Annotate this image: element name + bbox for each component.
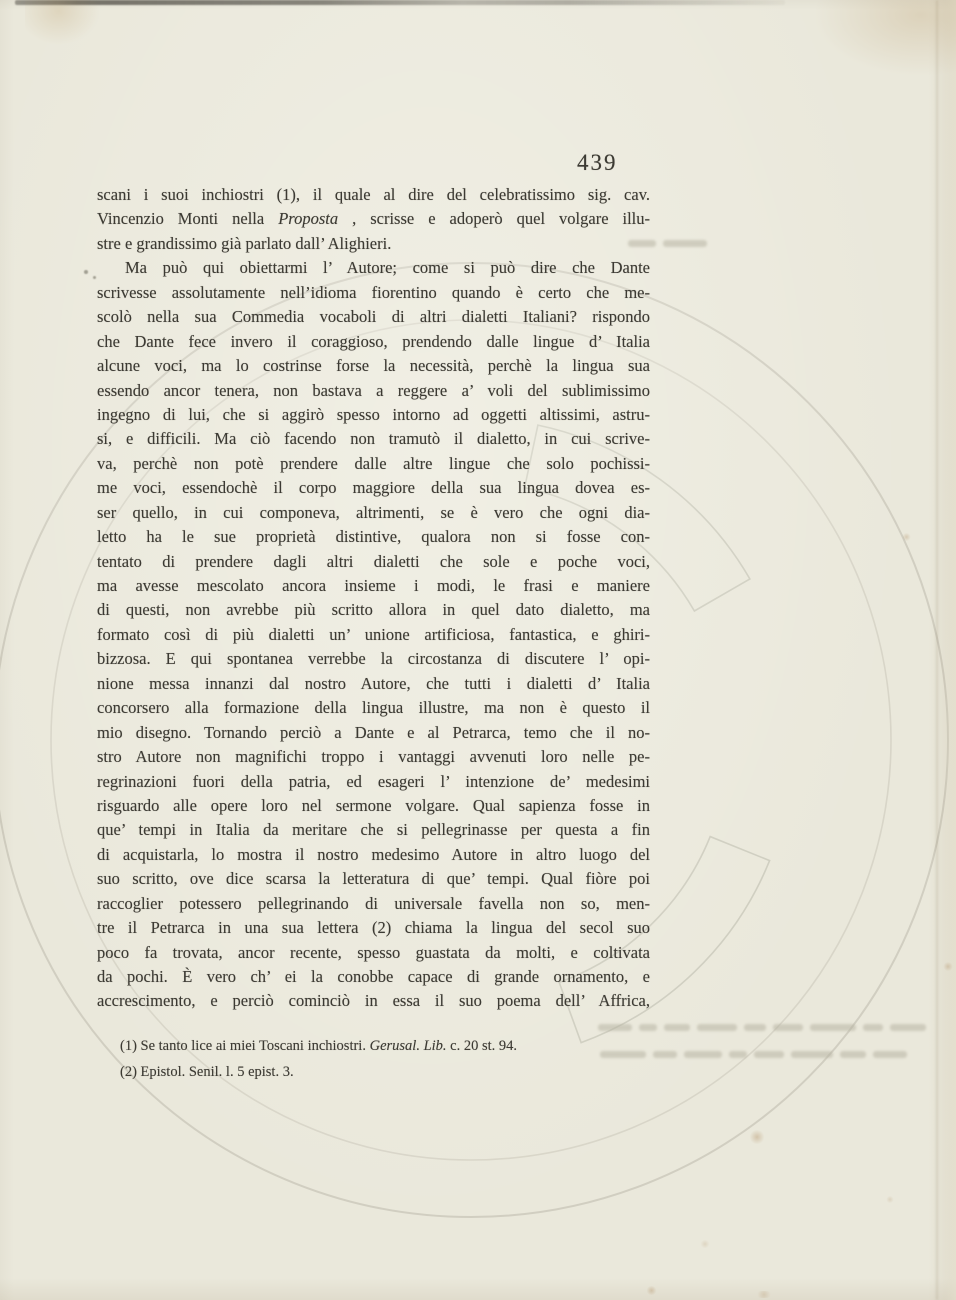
text-line: suo scritto, ove dice scarsa la letterat…	[97, 867, 650, 891]
text-line: risguardo alle opere loro nel sermone vo…	[97, 794, 650, 818]
foxing-spot	[646, 1286, 657, 1295]
paper-stain	[816, 0, 956, 75]
text-line: concorsero alla formazione della lingua …	[97, 696, 650, 720]
body-text: scani i suoi inchiostri (1), il quale al…	[97, 183, 650, 1014]
footnotes: (1) Se tanto lice ai miei Toscani inchio…	[120, 1033, 660, 1085]
foxing-spot	[749, 1130, 765, 1144]
text-line: tre il Petrarca in una sua lettera (2) c…	[97, 916, 650, 940]
pencil-speck	[84, 270, 88, 274]
text-line: Vincenzio Monti nella Proposta , scrisse…	[97, 207, 650, 231]
page-edge-highlight	[944, 0, 956, 1300]
text-line: si, e difficili. Ma ciò facendo non tram…	[97, 427, 650, 451]
paper-stain	[25, 0, 100, 45]
text-line: que’ tempi in Italia da meritare che si …	[97, 818, 650, 842]
text-line: di questi, non avrebbe più scritto allor…	[97, 598, 650, 622]
text-line: va, perchè non potè prendere dalle altre…	[97, 452, 650, 476]
text-line: che Dante fece invero il coraggioso, pre…	[97, 330, 650, 354]
text-line: ser quello, in cui componeva, altrimenti…	[97, 501, 650, 525]
text-line: stre e grandissimo già parlato dall’ Ali…	[97, 232, 650, 256]
pencil-speck	[93, 276, 96, 279]
foxing-spot	[700, 1240, 710, 1248]
text-line: nione messa innanzi dal nostro Autore, c…	[97, 672, 650, 696]
text-line: accrescimento, e perciò cominciò in essa…	[97, 989, 650, 1013]
scan-edge-shadow	[15, 0, 785, 5]
text-line: ma avesse mescolato ancora insieme i mod…	[97, 574, 650, 598]
show-through-text	[598, 1024, 926, 1031]
text-line: bizzosa. E qui spontanea verrebbe la cir…	[97, 647, 650, 671]
scanned-book-page: 439 scani i suoi inchiostri (1), il qual…	[0, 0, 956, 1300]
foxing-spot	[902, 533, 911, 541]
text-line: formato così di più dialetti un’ unione …	[97, 623, 650, 647]
text-line: ingegno di lui, che si aggirò spesso int…	[97, 403, 650, 427]
text-line: essendo ancor tenera, non bastava a regg…	[97, 379, 650, 403]
text-line: Ma può qui obiettarmi l’ Autore; come si…	[97, 256, 650, 280]
text-line: di acquistarla, lo mostra il nostro mede…	[97, 843, 650, 867]
page-number: 439	[577, 150, 618, 176]
text-line: scolò nella sua Commedia vocaboli di alt…	[97, 305, 650, 329]
text-line: stro Autore non magnifichi troppo i vant…	[97, 745, 650, 769]
text-line: regrinazioni fuori della patria, ed esag…	[97, 770, 650, 794]
text-line: scrivesse assolutamente nell’idioma fior…	[97, 281, 650, 305]
text-line: scani i suoi inchiostri (1), il quale al…	[97, 183, 650, 207]
footnote-line: (2) Epistol. Senil. l. 5 epist. 3.	[120, 1059, 660, 1085]
text-line: letto ha le sue proprietà distintive, qu…	[97, 525, 650, 549]
text-line: mio disegno. Tornando perciò a Dante e a…	[97, 721, 650, 745]
page-edge-crease	[936, 0, 938, 1300]
text-line: tentato di prendere dagli altri dialetti…	[97, 550, 650, 574]
foxing-spot	[755, 1291, 773, 1298]
text-line: da pochi. È vero ch’ ei la conobbe capac…	[97, 965, 650, 989]
text-line: me voci, essendochè il corpo maggiore de…	[97, 476, 650, 500]
text-line: alcune voci, ma lo costrinse forse la ne…	[97, 354, 650, 378]
foxing-spot	[943, 962, 953, 971]
text-line: poco fa trovata, ancor recente, spesso g…	[97, 941, 650, 965]
text-line: raccoglier potessero pellegrinando di un…	[97, 892, 650, 916]
footnote-line: (1) Se tanto lice ai miei Toscani inchio…	[120, 1033, 660, 1059]
foxing-spot	[886, 1196, 894, 1203]
